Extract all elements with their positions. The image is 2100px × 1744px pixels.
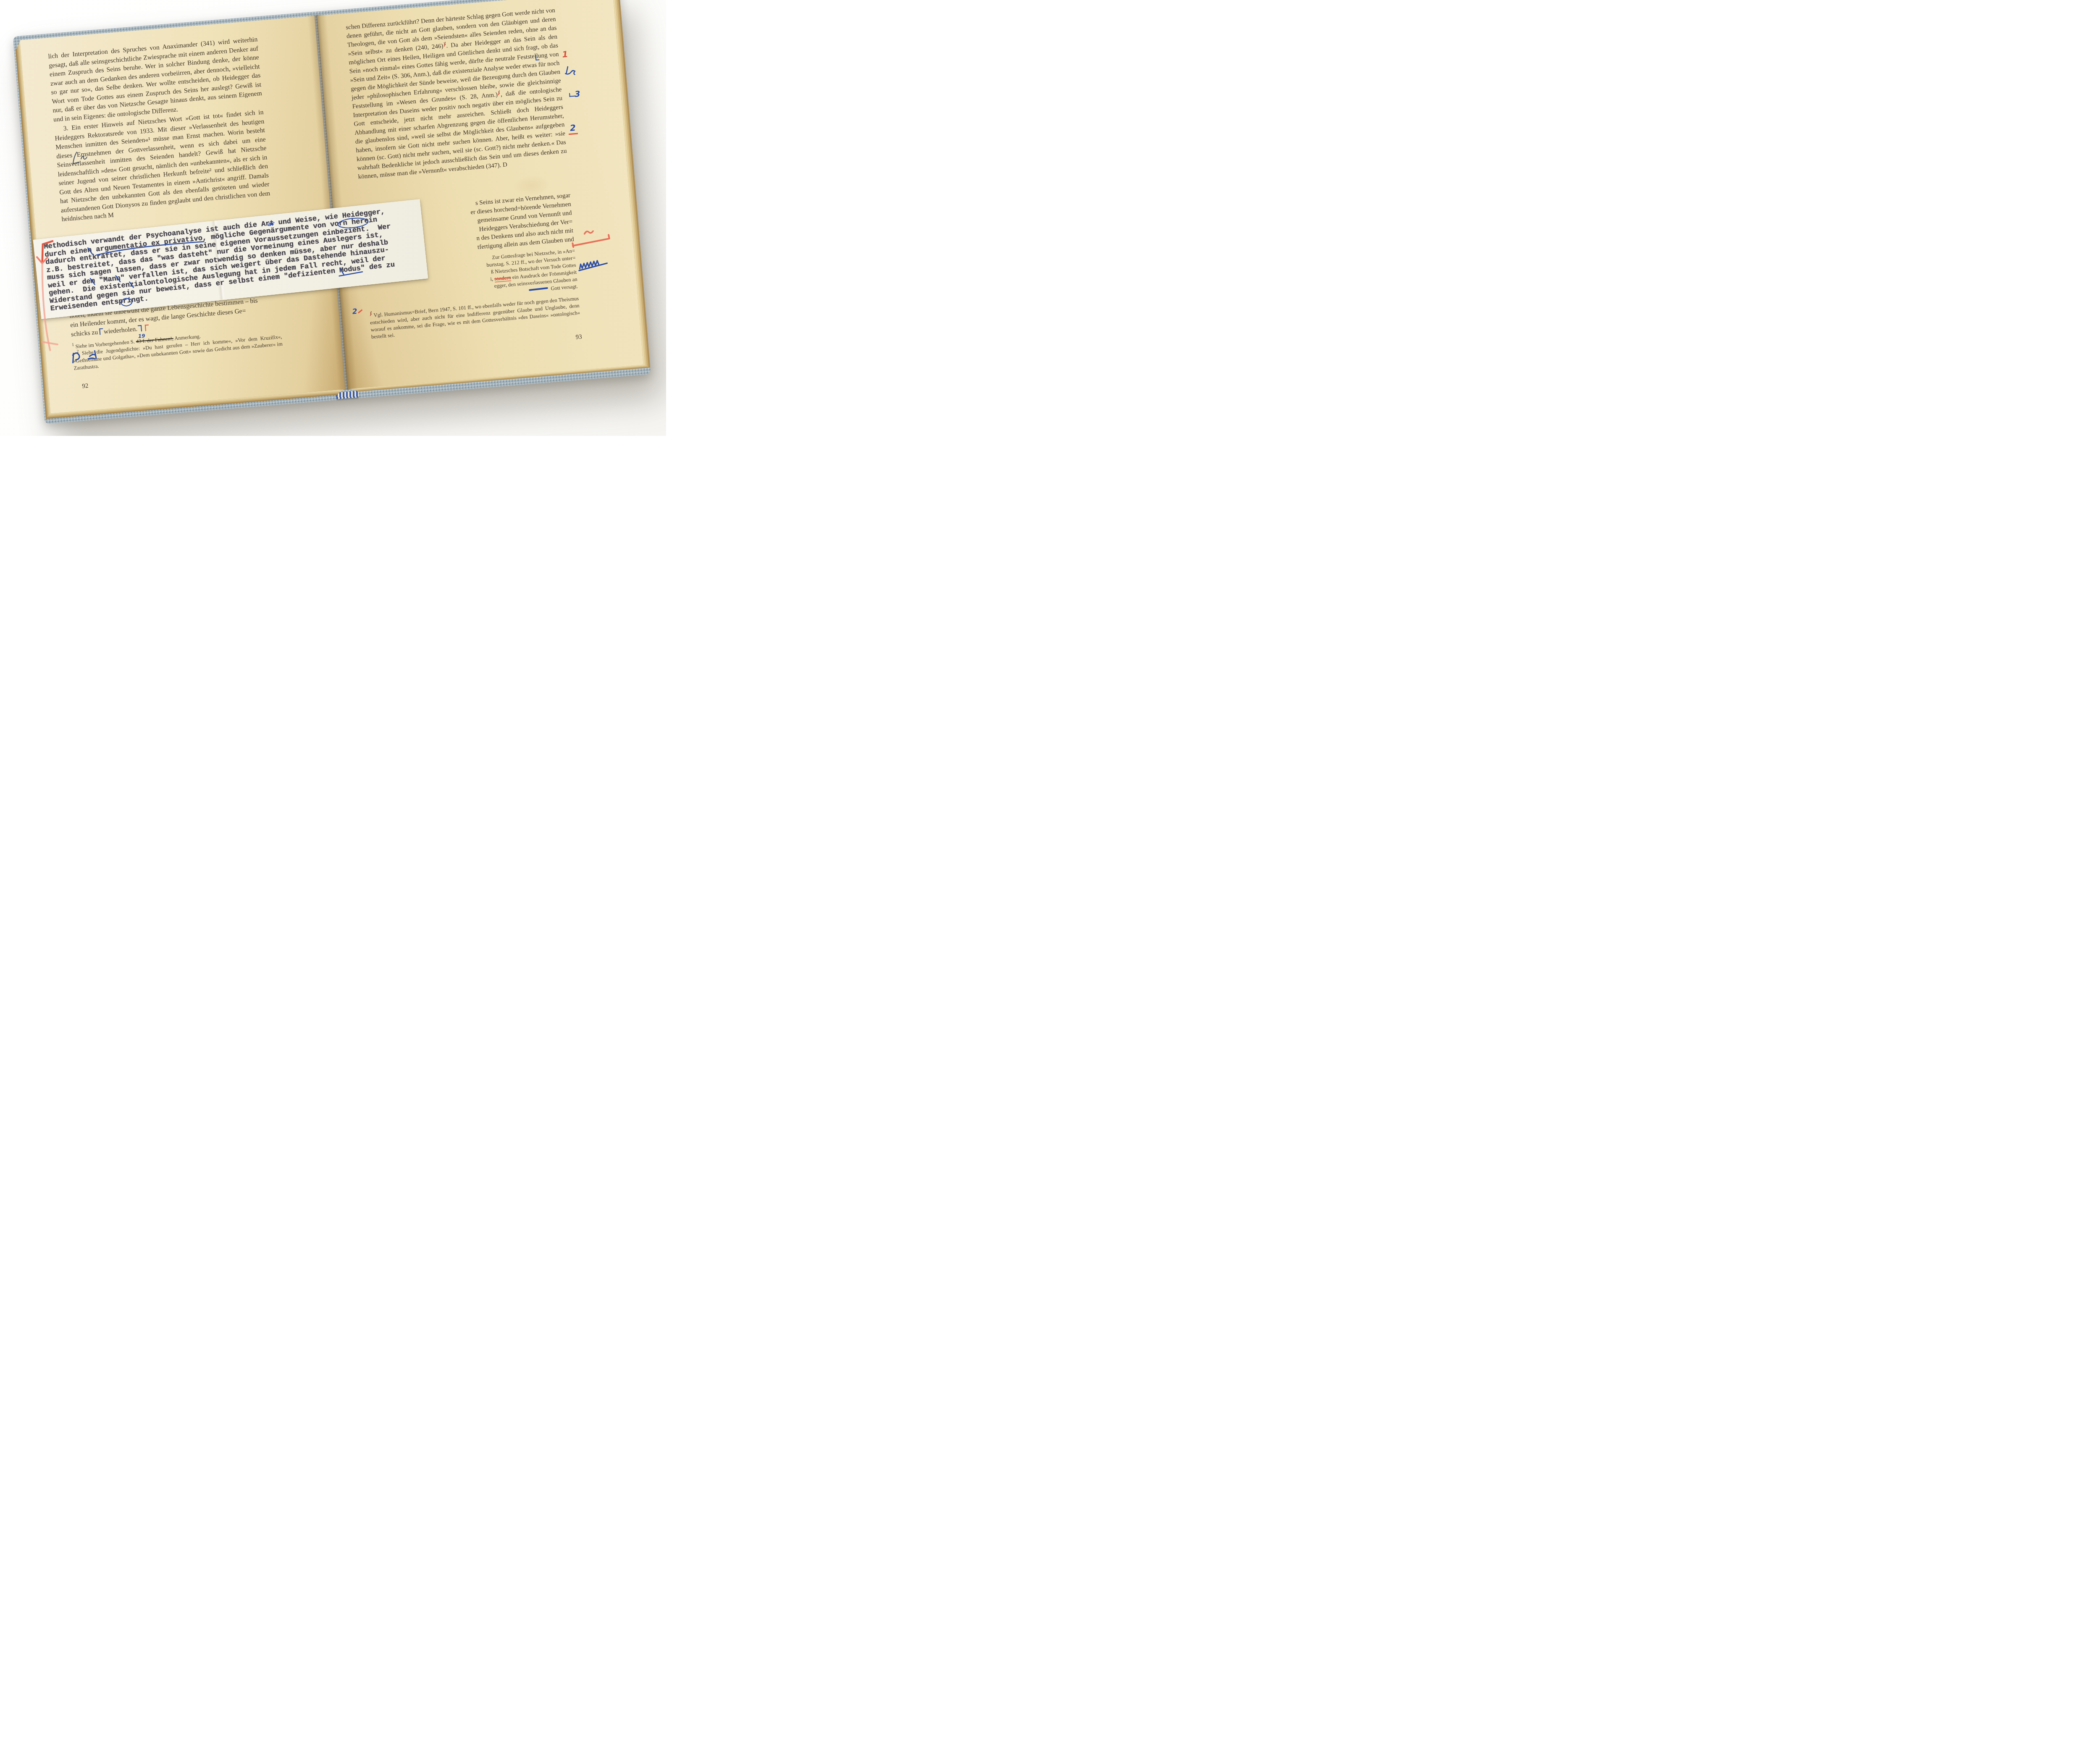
blue-circle-entspringt	[121, 298, 132, 307]
blue-close-bracket-mark	[137, 325, 142, 332]
blue-strikethrough-mark	[529, 287, 548, 291]
right-page: schen Differenz zurückführt? Denn der hä…	[317, 0, 643, 389]
blue-underline-argumentatio	[96, 241, 204, 255]
blue-slash-existenzial	[129, 282, 133, 288]
gott-versagt-text: Gott versagt.	[551, 283, 578, 291]
blue-inline-l-mark	[533, 54, 541, 62]
red-bracket-mark	[144, 325, 149, 331]
red-squiggle-bracket-mark	[568, 225, 620, 253]
blue-margin-numeral-2-red-underline: 2	[568, 123, 578, 135]
photo-backdrop: lich der Interpretation des Spruches von…	[0, 0, 666, 436]
right-paragraph: schen Differenz zurückführt? Denn der hä…	[346, 6, 568, 182]
left-covered-line-3-text: schicks zu	[71, 329, 98, 338]
red-slash-mark	[358, 309, 362, 314]
blue-insert-19: 19	[138, 332, 145, 340]
red-margin-numeral-1: 1	[562, 49, 568, 60]
blue-marks-modus	[339, 266, 362, 276]
footnote-margin-2-text: 2	[352, 307, 357, 316]
wiederholen-word: wiederholen.	[103, 325, 138, 336]
sondern-pre: i,	[490, 276, 495, 282]
blue-footnote-margin-2: 2	[352, 307, 364, 316]
blue-margin-numeral-3: 3	[570, 89, 580, 100]
blue-slashes-mann	[90, 275, 120, 285]
blue-zigzag-mark	[576, 256, 617, 273]
blue-slash-einen	[88, 247, 92, 254]
pencil-angle-n-mark	[69, 149, 89, 167]
blue-margin-script-mark	[564, 64, 582, 77]
left-page-number: 92	[82, 383, 89, 390]
blue-scribble-marks	[69, 346, 104, 366]
blue-open-bracket-mark	[99, 328, 103, 335]
blue-angle-mark	[569, 93, 576, 97]
blue-circle-vorn-herein	[338, 217, 369, 229]
